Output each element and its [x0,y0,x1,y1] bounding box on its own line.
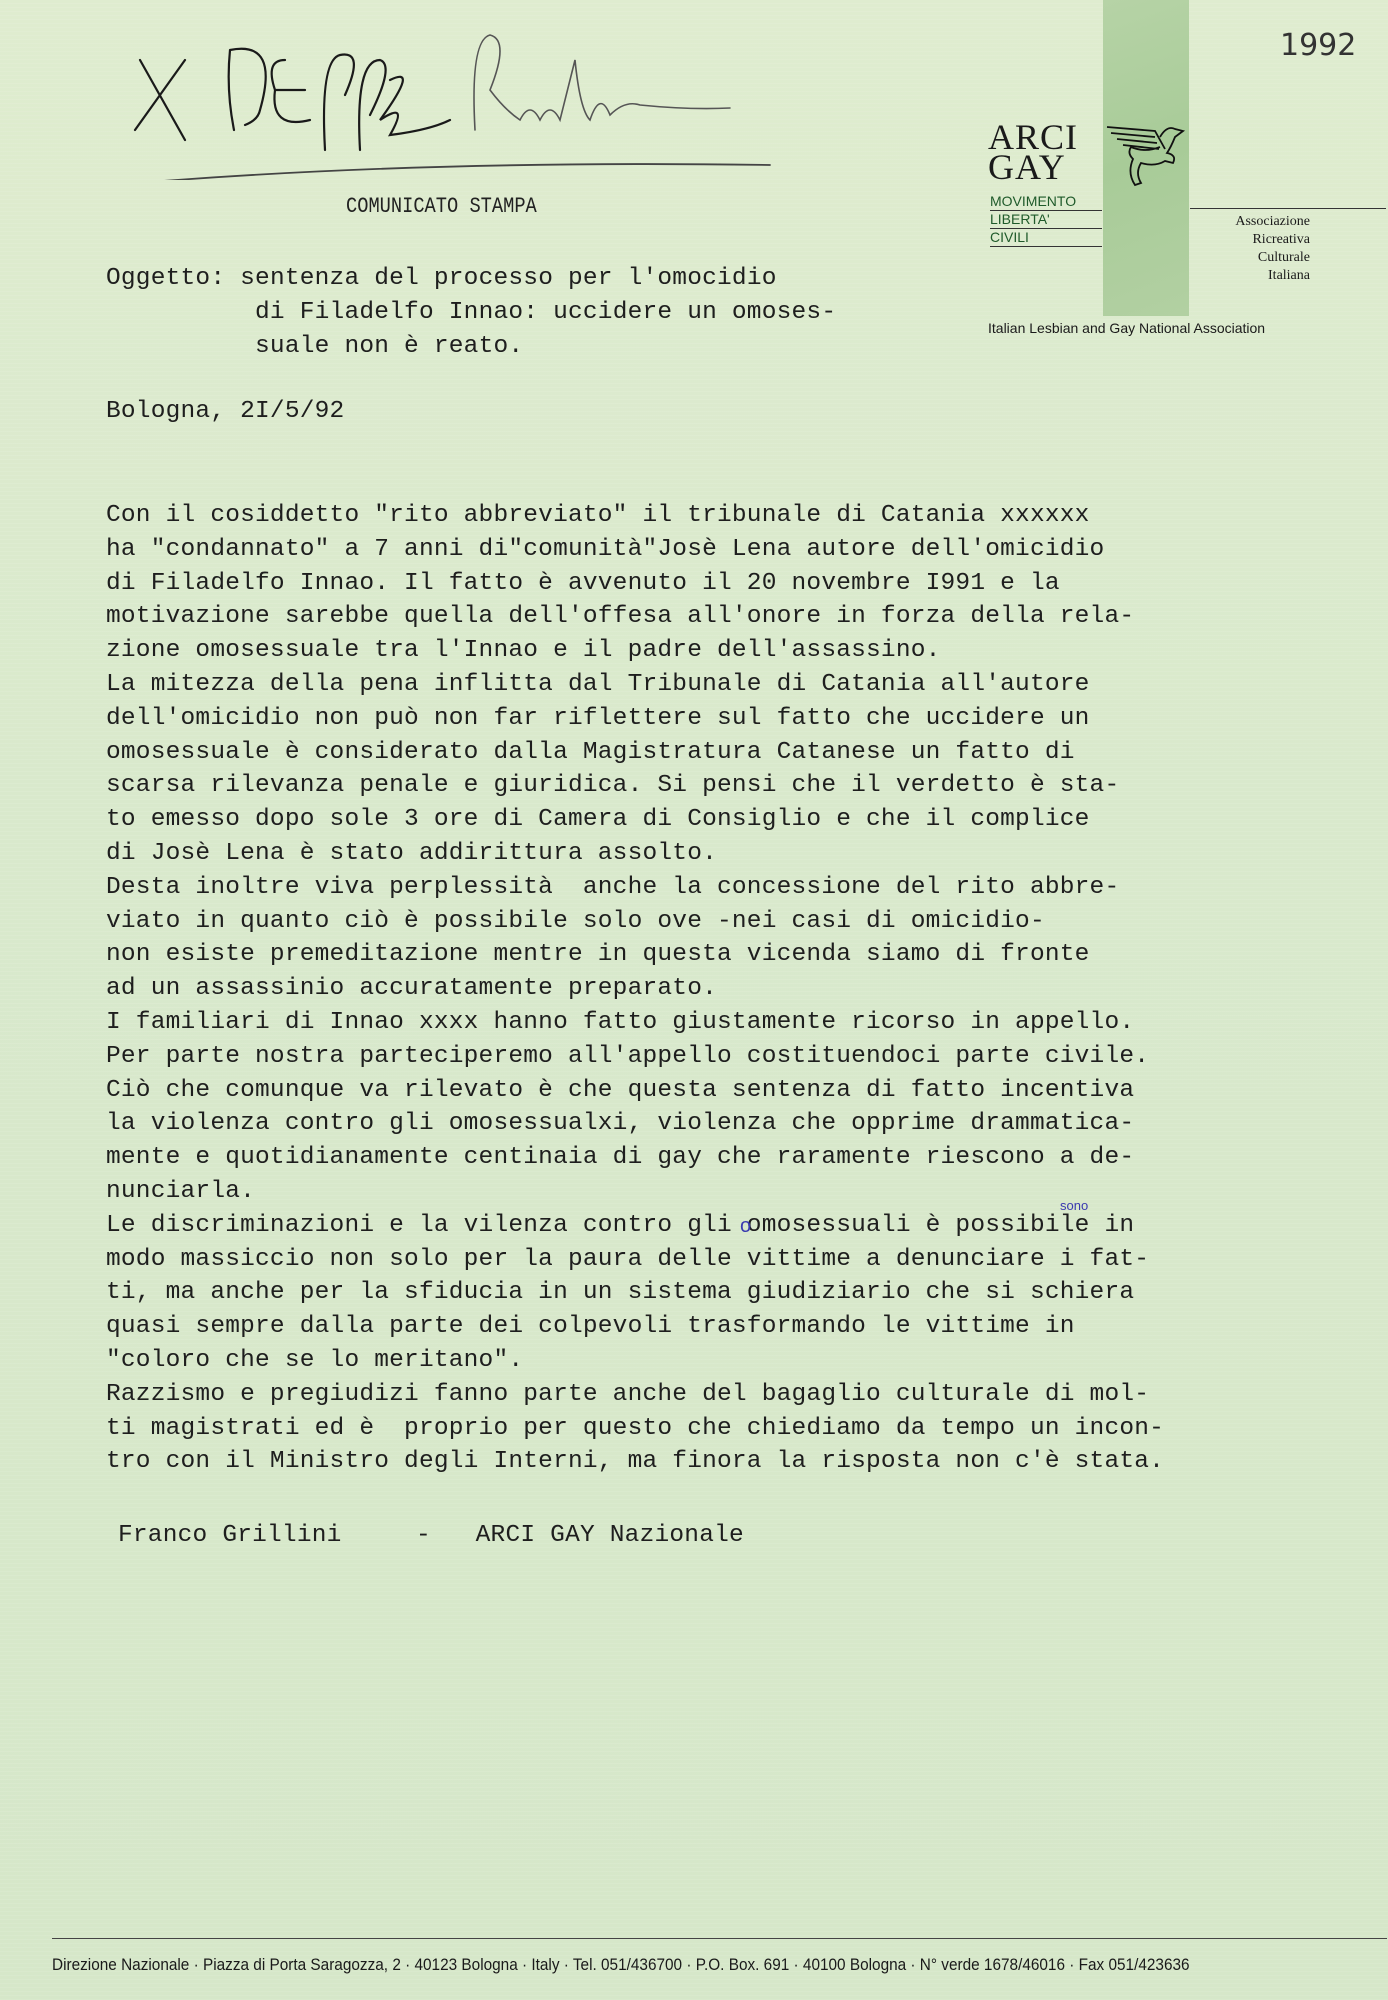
association-line: Ricreativa [1190,231,1310,249]
logo-sub-line: CIVILI [990,229,1102,247]
subject-block: Oggetto: sentenza del processo per l'omo… [106,262,836,364]
body-line: mente e quotidianamente centinaia di gay… [106,1141,1164,1175]
body-line: omosessuale è considerato dalla Magistra… [106,736,1164,770]
association-line: Associazione [1190,213,1310,231]
signature-line: Franco Grillini - ARCI GAY Nazionale [118,1522,744,1549]
handwritten-recipient-note [130,20,970,180]
handwritten-correction: sono [1060,1198,1088,1213]
subject-line: sentenza del processo per l'omocidio [240,265,777,292]
date-line: Bologna, 2I/5/92 [106,398,344,425]
svg-text:1992: 1992 [1280,28,1356,63]
body-line: zione omosessuale tra l'Innao e il padre… [106,634,1164,668]
body-line: motivazione sarebbe quella dell'offesa a… [106,600,1164,634]
letterhead-rule [1190,208,1386,209]
body-line: Desta inoltre viva perplessità anche la … [106,871,1164,905]
body-line: scarsa rilevanza penale e giuridica. Si … [106,769,1164,803]
body-line: nunciarla. [106,1175,1164,1209]
body-line: Per parte nostra parteciperemo all'appel… [106,1040,1164,1074]
body-line: la violenza contro gli omosessualxi, vio… [106,1107,1164,1141]
body-line: to emesso dopo sole 3 ore di Camera di C… [106,803,1164,837]
body-line: non esiste premeditazione mentre in ques… [106,938,1164,972]
body-line: viato in quanto ciò è possibile solo ove… [106,905,1164,939]
body-line: ti, ma anche per la sfiducia in un siste… [106,1276,1164,1310]
body-line: ad un assassinio accuratamente preparato… [106,972,1164,1006]
body-line: "coloro che se lo meritano". [106,1344,1164,1378]
association-line: Italiana [1190,267,1310,285]
document-title: COMUNICATO STAMPA [346,194,537,219]
body-line: di Josè Lena è stato addirittura assolto… [106,837,1164,871]
body-line: Ciò che comunque va rilevato è che quest… [106,1074,1164,1108]
body-line: di Filadelfo Innao. Il fatto è avvenuto … [106,567,1164,601]
logo-wordmark: ARCI GAY [988,122,1078,182]
logo-sub-line: LIBERTA' [990,211,1102,229]
body-line: Con il cosiddetto "rito abbreviato" il t… [106,499,1164,533]
body-line: Razzismo e pregiudizi fanno parte anche … [106,1378,1164,1412]
subject-line: suale non è reato. [255,333,523,360]
body-line: I familiari di Innao xxxx hanno fatto gi… [106,1006,1164,1040]
association-line: Culturale [1190,249,1310,267]
logo-line-gay: GAY [988,152,1078,182]
body-line: modo massiccio non solo per la paura del… [106,1243,1164,1277]
logo-subtitle: MOVIMENTO LIBERTA' CIVILI [990,193,1102,247]
body-line: tro con il Ministro degli Interni, ma fi… [106,1445,1164,1479]
subject-line: di Filadelfo Innao: uccidere un omoses- [255,299,836,326]
body-line: Le discriminazioni e la vilenza contro g… [106,1209,1164,1243]
footer-rule [52,1938,1387,1939]
body-line: La mitezza della pena inflitta dal Tribu… [106,668,1164,702]
letterhead-tagline: Italian Lesbian and Gay National Associa… [988,320,1265,336]
footer-address: Direzione Nazionale · Piazza di Porta Sa… [52,1956,1190,1975]
handwritten-correction: o [740,1215,751,1238]
body-text: Con il cosiddetto "rito abbreviato" il t… [106,499,1164,1479]
body-line: dell'omicidio non può non far riflettere… [106,702,1164,736]
subject-label: Oggetto: [106,265,225,292]
body-line: ha "condannato" a 7 anni di"comunità"Jos… [106,533,1164,567]
handwritten-year-note: 1992 [1280,10,1360,70]
pegasus-icon [1105,123,1187,189]
association-description: Associazione Ricreativa Culturale Italia… [1190,213,1310,285]
body-line: quasi sempre dalla parte dei colpevoli t… [106,1310,1164,1344]
logo-sub-line: MOVIMENTO [990,193,1102,211]
body-line: ti magistrati ed è proprio per questo ch… [106,1412,1164,1446]
